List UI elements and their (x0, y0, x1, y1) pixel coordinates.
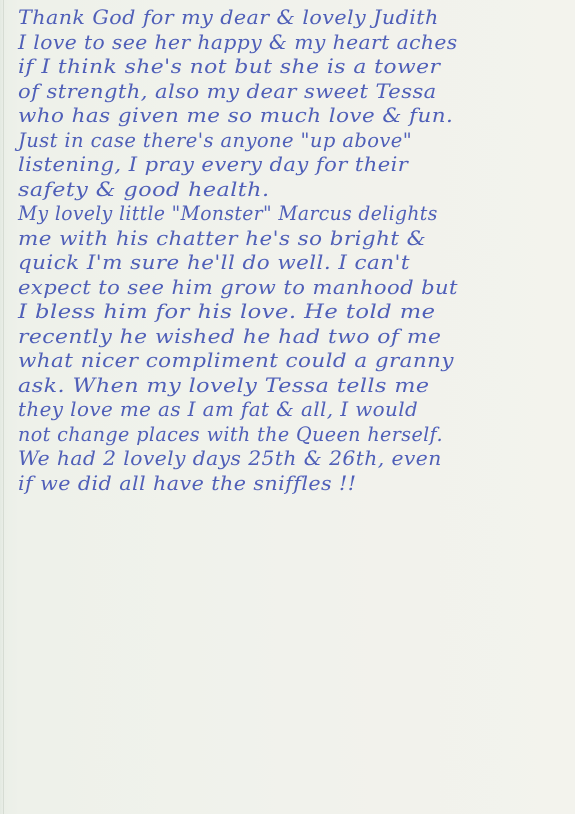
handwritten-letter: Thank God for my dear & lovely Judith I … (18, 6, 563, 496)
paper-page: Thank God for my dear & lovely Judith I … (0, 0, 575, 814)
letter-line: recently he wished he had two of me (18, 325, 575, 350)
letter-line: who has given me so much love & fun. (18, 104, 575, 129)
letter-line: expect to see him grow to manhood but (18, 276, 575, 301)
letter-line: me with his chatter he's so bright & (18, 227, 575, 252)
letter-line: safety & good health. (18, 178, 575, 203)
letter-line: they love me as I am fat & all, I would (18, 398, 574, 423)
letter-line: listening, I pray every day for their (18, 153, 575, 178)
letter-line: what nicer compliment could a granny (18, 349, 575, 374)
letter-line: My lovely little "Monster" Marcus deligh… (18, 202, 541, 227)
letter-line: ask. When my lovely Tessa tells me (18, 374, 575, 399)
letter-line: Thank God for my dear & lovely Judith (18, 6, 575, 31)
letter-line: not change places with the Queen herself… (18, 423, 552, 448)
letter-line: We had 2 lovely days 25th & 26th, even (18, 447, 575, 472)
letter-line: Just in case there's anyone "up above" (18, 129, 563, 154)
letter-line: I bless him for his love. He told me (18, 300, 575, 325)
letter-line: I love to see her happy & my heart aches (18, 31, 575, 56)
letter-line: quick I'm sure he'll do well. I can't (18, 251, 575, 276)
page-edge (3, 0, 4, 814)
letter-line: if I think she's not but she is a tower (18, 55, 575, 80)
letter-line: if we did all have the sniffles !! (18, 472, 575, 497)
letter-line: of strength, also my dear sweet Tessa (18, 80, 575, 105)
